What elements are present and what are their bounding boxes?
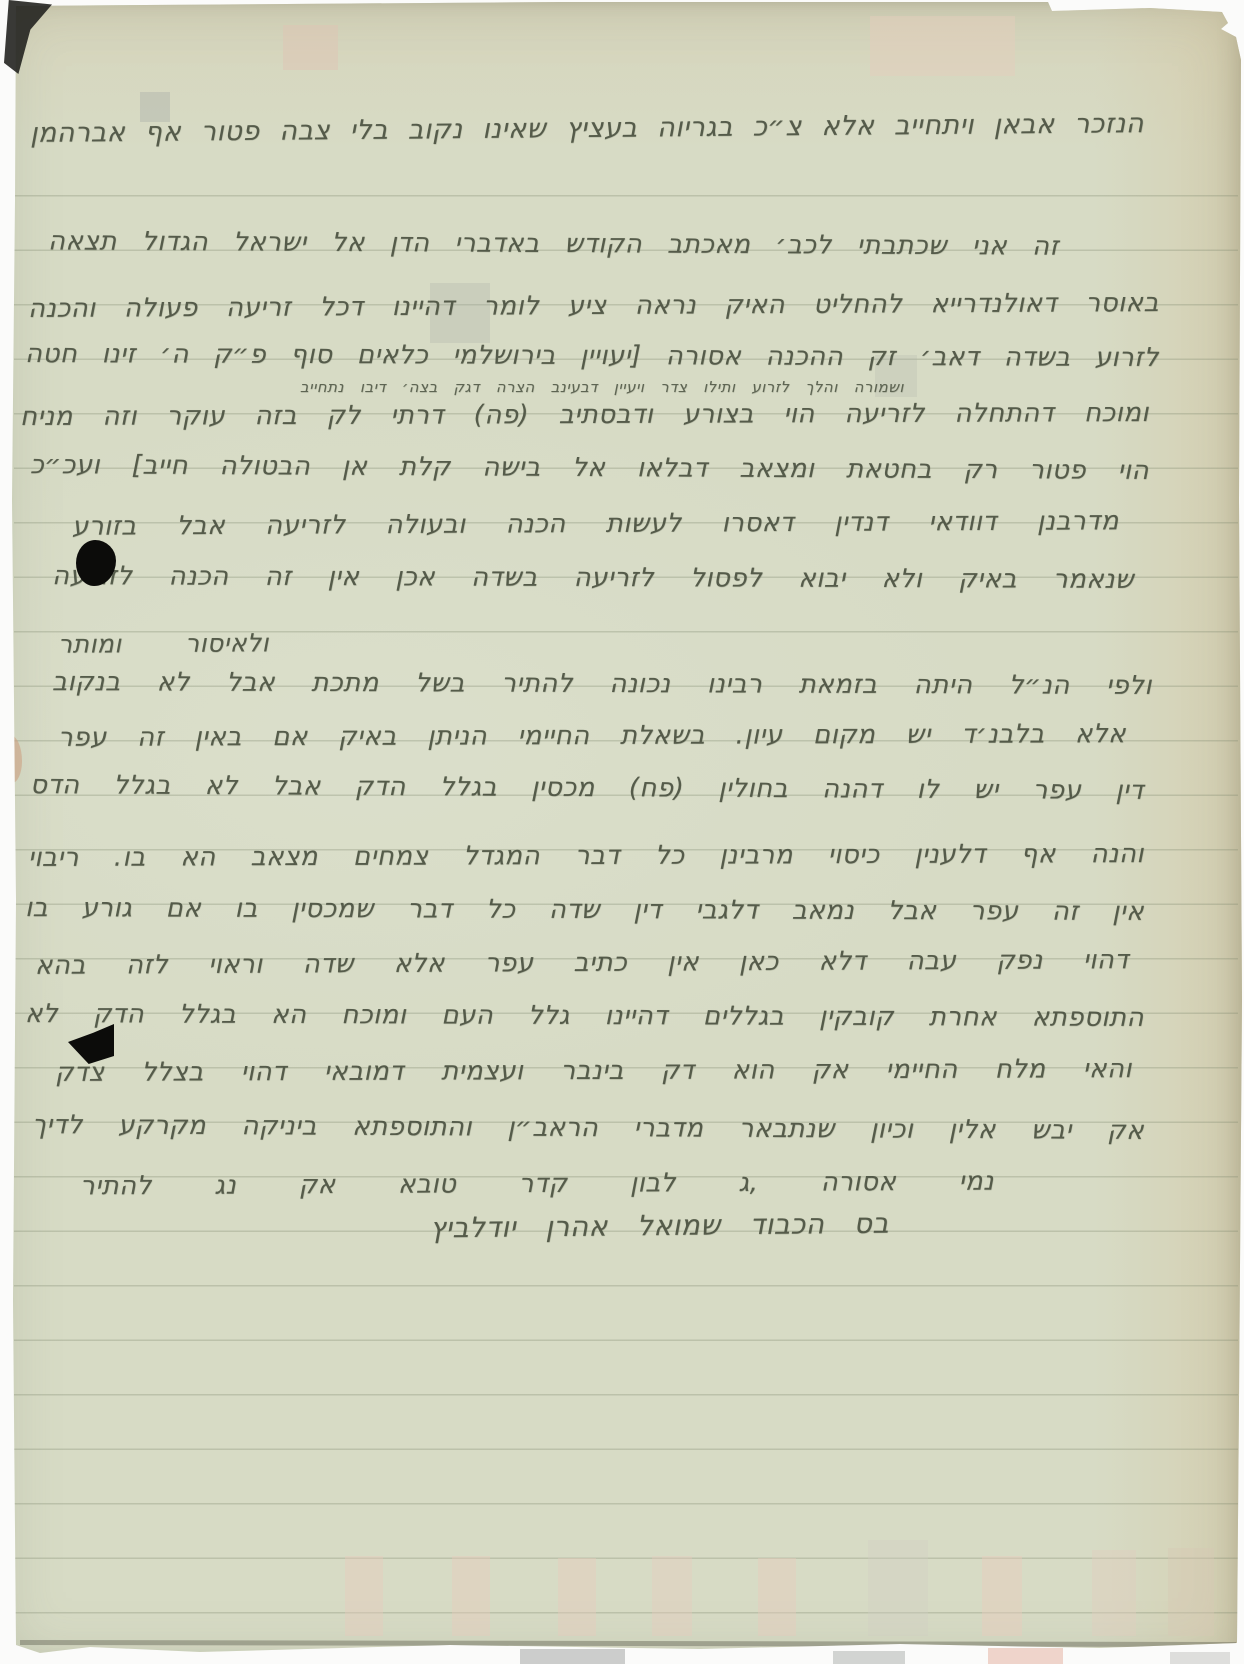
letter-paper: הנזכר אבאן ויתחייב אלא צ״כ בגריוה בעציץ …: [0, 0, 1244, 1664]
handwriting-line: ולאיסור ומותר: [58, 627, 269, 660]
handwriting-line: דין עפר יש לו דהנה בחולין (פח) מכסין בגל…: [30, 769, 1144, 807]
handwriting-line: והנה אף דלענין כיסוי מרבינן כל דבר המגדל…: [28, 838, 1144, 874]
scan-artifact: [833, 1651, 905, 1664]
stain-patch: [0, 1405, 12, 1465]
handwriting-line: אלא בלבנ׳ד יש מקום עיון. בשאלת החיימי הנ…: [58, 718, 1126, 754]
handwriting-line: והאי מלח החיימי אק הוא דק בינבר ועצמית ד…: [55, 1053, 1132, 1089]
scan-artifact: [520, 1649, 625, 1664]
bleed-band: [982, 1556, 1022, 1636]
bleed-band: [1092, 1550, 1136, 1636]
handwriting-line: שנאמר באיק ולא יבוא לפסול לזריעה בשדה אכ…: [52, 560, 1134, 596]
bleed-band: [452, 1556, 490, 1636]
stain-patch: [870, 16, 1015, 76]
bottom-edge-shadow: [20, 1640, 1236, 1647]
handwriting-line: ומוכח דהתחלה לזריעה הוי בצורע ודבסתיב (פ…: [20, 397, 1149, 433]
handwriting-line: הוי פטור רק בחטאת ומצאב דבלאו אל בישה קל…: [30, 449, 1149, 487]
stain-patch: [283, 25, 338, 70]
bleed-band: [1168, 1548, 1214, 1636]
handwriting-line: התוספתא אחרת קובקין בגללים דהיינו גלל הע…: [25, 998, 1144, 1034]
handwriting-line: אין זה עפר אבל נמאב דלגבי דין שדה כל דבר…: [25, 892, 1144, 928]
scanned-letter: הנזכר אבאן ויתחייב אלא צ״כ בגריוה בעציץ …: [0, 0, 1244, 1664]
scan-artifact: [988, 1648, 1063, 1664]
bleed-band: [868, 1540, 928, 1636]
bleed-band: [345, 1556, 383, 1636]
handwriting-line-interlinear: ושמורה והלך לזרוע ותילו צדר ויעיין דבעינ…: [300, 378, 904, 397]
stain-patch: [0, 735, 22, 783]
handwriting-line: לזרוע בשדה דאב׳ זק ההכנה אסורה [יעויין ב…: [25, 338, 1159, 374]
handwriting-line: נמי אסורה ,ג לבון קדר טובא אק נג להתיר: [80, 1166, 994, 1203]
handwriting-line: אק יבש אלין וכיון שנתבאר מדברי הראב״ן וה…: [32, 1109, 1144, 1147]
scan-artifact: [1170, 1652, 1230, 1664]
handwriting-line: הנזכר אבאן ויתחייב אלא צ״כ בגריוה בעציץ …: [30, 107, 1144, 150]
handwriting-line: זה אני שכתבתי לכב׳ מאכתב הקודש באדברי הד…: [48, 225, 1059, 263]
handwriting-line: דהוי נפק עבה דלא כאן אין כתיב עפר אלא שד…: [35, 944, 1129, 982]
bleed-band: [652, 1556, 692, 1636]
bleed-band: [758, 1558, 796, 1636]
handwriting-line: מדרבנן דוודאי דנדין דאסרו לעשות הכנה ובע…: [72, 505, 1119, 543]
handwriting-line: ולפי הנ״ל היתה בזמאת רבינו נכונה להתיר ב…: [52, 666, 1152, 702]
bleed-band: [558, 1558, 596, 1636]
signature-line: בס הכבוד שמואל אהרן יודלביץ: [430, 1206, 889, 1246]
handwriting-line: באוסר דאולנדרייא להחליט האיק נראה ציע לו…: [28, 287, 1159, 325]
